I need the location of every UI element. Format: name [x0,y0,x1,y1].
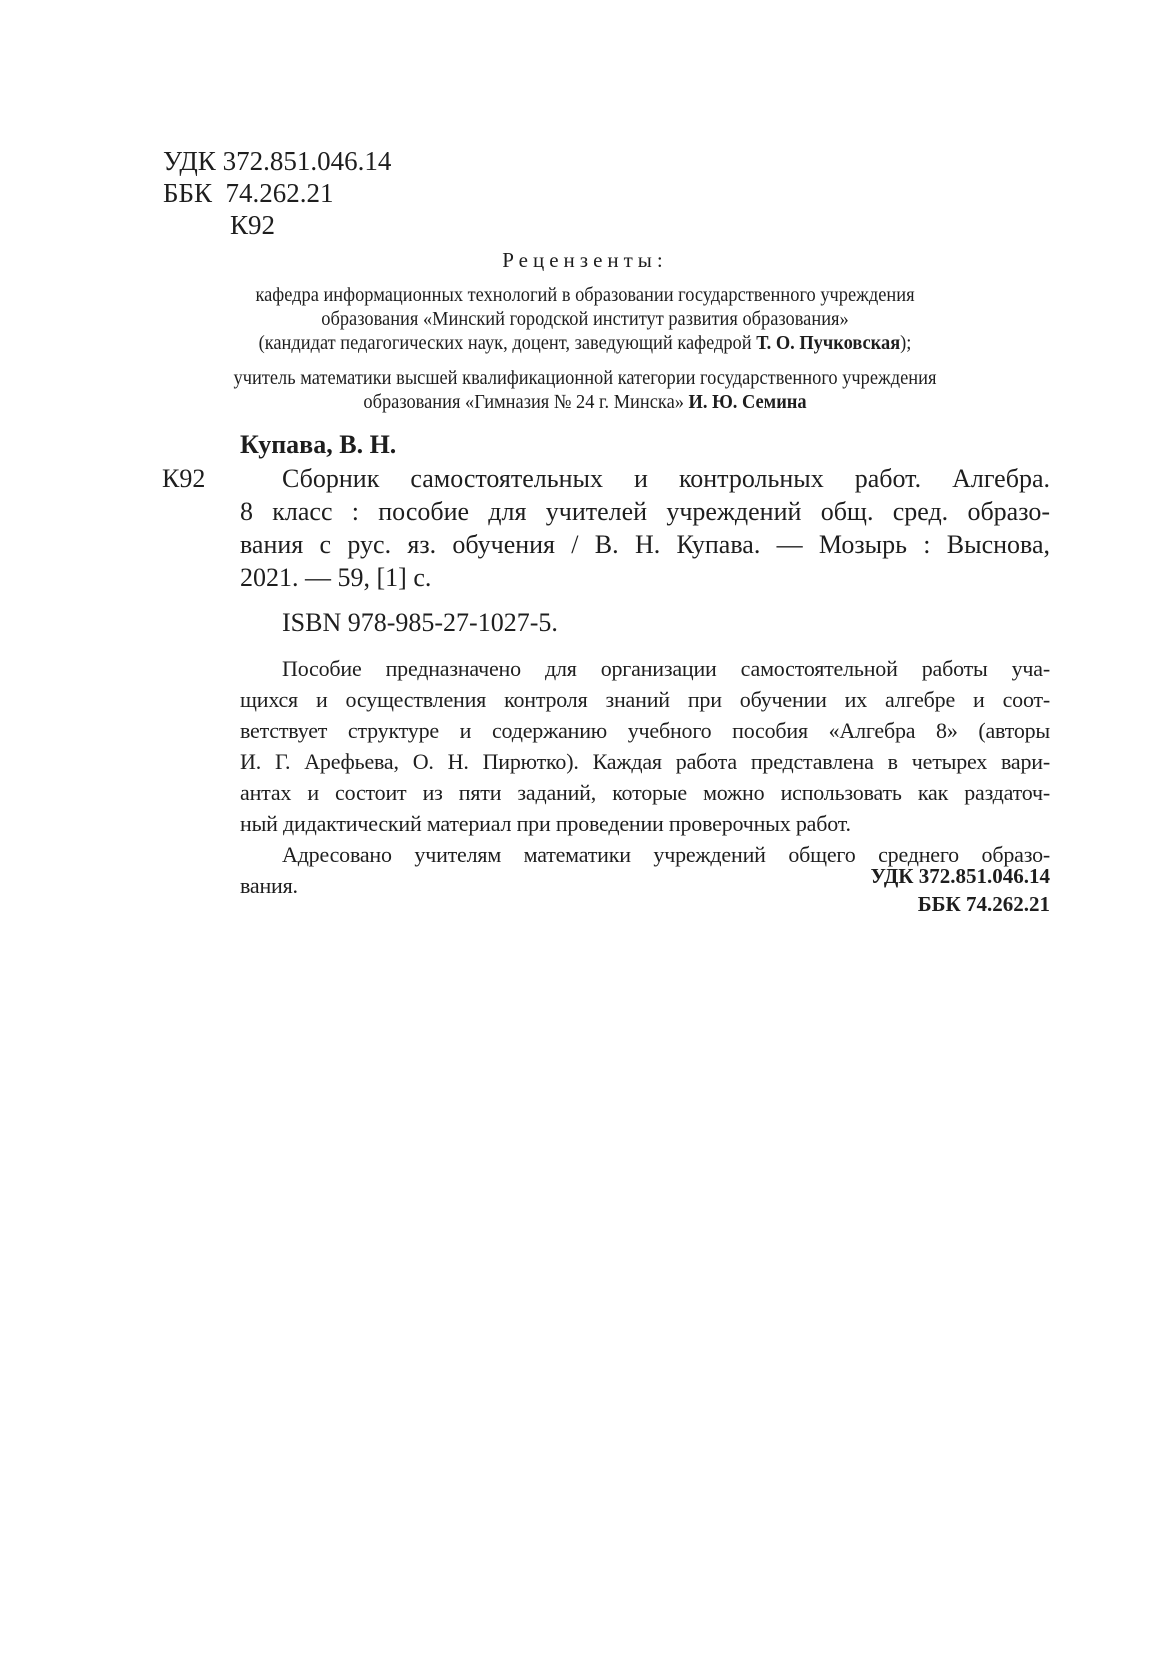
reviewer-2: учитель математики высшей квалификационн… [47,366,1123,414]
classification-codes: УДК 372.851.046.14 ББК 74.262.21 К92 [163,145,391,241]
reviewer-1-name: Т. О. Пучковская [756,332,900,354]
biblio-line: 8 класс : пособие для учителей учреждени… [240,495,1050,528]
bibliographic-description: Сборник самостоятельных и контрольных ра… [240,462,1050,594]
biblio-line: вания с рус. яз. обучения / В. Н. Купава… [240,528,1050,561]
biblio-line: 2021. — 59, [1] с. [240,561,1050,594]
footer-codes: УДК 372.851.046.14 ББК 74.262.21 [871,862,1050,918]
reviewer-2-line: образования «Гимназия № 24 г. Минска» И.… [47,390,1123,414]
isbn: ISBN 978-985-27-1027-5. [282,608,558,638]
bbk-code: ББК 74.262.21 [163,177,391,209]
annotation-line: Пособие предназначено для организации са… [240,653,1050,684]
reviewer-1-line: образования «Минский городской институт … [47,307,1123,331]
annotation-line: щихся и осуществления контроля знаний пр… [240,684,1050,715]
biblio-line: Сборник самостоятельных и контрольных ра… [240,462,1050,495]
reviewers-heading: Рецензенты: [0,248,1170,273]
annotation-line: антах и состоит из пяти заданий, которые… [240,777,1050,808]
footer-bbk: ББК 74.262.21 [871,890,1050,918]
annotation-line: И. Г. Арефьева, О. Н. Пирютко). Каждая р… [240,746,1050,777]
reviewer-2-org: образования «Гимназия № 24 г. Минска» [363,391,688,413]
annotation-line: ный дидактический материал при проведени… [240,808,1050,839]
reviewer-1-line: (кандидат педагогических наук, доцент, з… [47,331,1123,355]
annotation-line: ветствует структуре и содержанию учебног… [240,715,1050,746]
author-mark-side: К92 [162,464,205,494]
reviewer-2-name: И. Ю. Семина [689,391,807,413]
reviewer-1-suffix: ); [900,332,911,354]
reviewer-1-position: (кандидат педагогических наук, доцент, з… [259,332,757,354]
reviewer-1: кафедра информационных технологий в обра… [47,283,1123,355]
reviewer-2-line: учитель математики высшей квалификационн… [47,366,1123,390]
author-mark: К92 [163,209,391,241]
udk-code: УДК 372.851.046.14 [163,145,391,177]
author-heading: Купава, В. Н. [240,430,396,460]
reviewer-1-line: кафедра информационных технологий в обра… [47,283,1123,307]
footer-udk: УДК 372.851.046.14 [871,862,1050,890]
